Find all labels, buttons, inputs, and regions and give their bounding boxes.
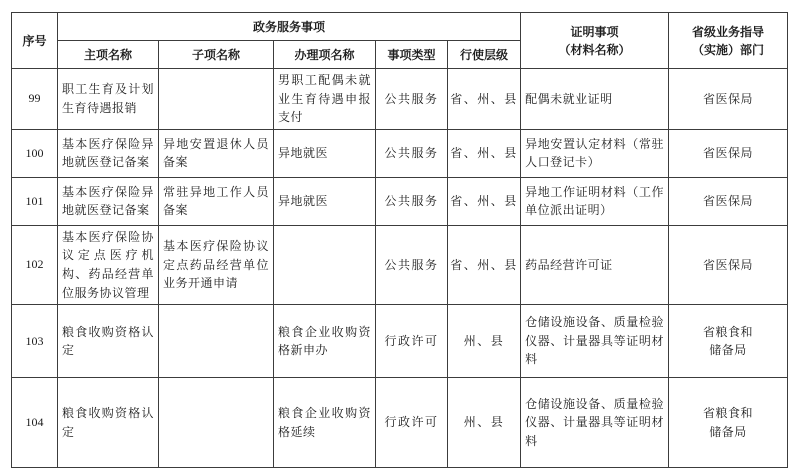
cell-handle-name: 粮食企业收购资格新申办: [274, 305, 376, 378]
cell-item-type: 公共服务: [376, 69, 448, 130]
cell-dept: 省粮食和 储备局: [669, 378, 788, 468]
cell-proof-item: 仓储设施设备、质量检验仪器、计量器具等证明材料: [521, 305, 669, 378]
header-exercise-level: 行使层级: [448, 41, 521, 69]
header-dept: 省级业务指导 （实施）部门: [669, 13, 788, 69]
cell-main-name: 粮食收购资格认定: [58, 305, 159, 378]
table-row: 99 职工生育及计划生育待遇报销 男职工配偶未就业生育待遇申报支付 公共服务 省…: [12, 69, 788, 130]
services-table: 序号 政务服务事项 证明事项 （材料名称） 省级业务指导 （实施）部门 主项名称…: [11, 12, 788, 468]
table-row: 104 粮食收购资格认定 粮食企业收购资格延续 行政许可 州、县 仓储设施设备、…: [12, 378, 788, 468]
cell-handle-name: 粮食企业收购资格延续: [274, 378, 376, 468]
cell-dept: 省医保局: [669, 225, 788, 304]
cell-exercise-level: 省、州、县: [448, 177, 521, 225]
header-main-name: 主项名称: [58, 41, 159, 69]
cell-main-name: 基本医疗保险协议定点医疗机构、药品经营单位服务协议管理: [58, 225, 159, 304]
cell-sub-name: 常驻异地工作人员备案: [159, 177, 274, 225]
table-row: 102 基本医疗保险协议定点医疗机构、药品经营单位服务协议管理 基本医疗保险协议…: [12, 225, 788, 304]
cell-serial: 99: [12, 69, 58, 130]
cell-serial: 100: [12, 129, 58, 177]
cell-item-type: 公共服务: [376, 225, 448, 304]
cell-exercise-level: 省、州、县: [448, 69, 521, 130]
cell-main-name: 基本医疗保险异地就医登记备案: [58, 129, 159, 177]
cell-handle-name: 异地就医: [274, 177, 376, 225]
cell-proof-item: 药品经营许可证: [521, 225, 669, 304]
cell-main-name: 职工生育及计划生育待遇报销: [58, 69, 159, 130]
cell-sub-name: 异地安置退休人员备案: [159, 129, 274, 177]
cell-dept: 省医保局: [669, 129, 788, 177]
cell-serial: 104: [12, 378, 58, 468]
table-row: 100 基本医疗保险异地就医登记备案 异地安置退休人员备案 异地就医 公共服务 …: [12, 129, 788, 177]
cell-handle-name: 男职工配偶未就业生育待遇申报支付: [274, 69, 376, 130]
cell-handle-name: [274, 225, 376, 304]
header-service-group: 政务服务事项: [58, 13, 521, 41]
cell-serial: 101: [12, 177, 58, 225]
cell-proof-item: 配偶未就业证明: [521, 69, 669, 130]
cell-sub-name: [159, 305, 274, 378]
cell-sub-name: [159, 378, 274, 468]
cell-exercise-level: 州、县: [448, 378, 521, 468]
header-sub-name: 子项名称: [159, 41, 274, 69]
cell-item-type: 行政许可: [376, 305, 448, 378]
cell-item-type: 行政许可: [376, 378, 448, 468]
cell-serial: 102: [12, 225, 58, 304]
header-handle-name: 办理项名称: [274, 41, 376, 69]
table-row: 103 粮食收购资格认定 粮食企业收购资格新申办 行政许可 州、县 仓储设施设备…: [12, 305, 788, 378]
cell-main-name: 粮食收购资格认定: [58, 378, 159, 468]
cell-proof-item: 仓储设施设备、质量检验仪器、计量器具等证明材料: [521, 378, 669, 468]
cell-dept: 省粮食和 储备局: [669, 305, 788, 378]
cell-proof-item: 异地安置认定材料（常驻人口登记卡）: [521, 129, 669, 177]
cell-sub-name: [159, 69, 274, 130]
cell-item-type: 公共服务: [376, 177, 448, 225]
cell-proof-item: 异地工作证明材料（工作单位派出证明）: [521, 177, 669, 225]
header-serial: 序号: [12, 13, 58, 69]
table-row: 101 基本医疗保险异地就医登记备案 常驻异地工作人员备案 异地就医 公共服务 …: [12, 177, 788, 225]
cell-dept: 省医保局: [669, 69, 788, 130]
cell-exercise-level: 州、县: [448, 305, 521, 378]
header-proof-item: 证明事项 （材料名称）: [521, 13, 669, 69]
cell-dept: 省医保局: [669, 177, 788, 225]
cell-main-name: 基本医疗保险异地就医登记备案: [58, 177, 159, 225]
cell-sub-name: 基本医疗保险协议定点药品经营单位业务开通申请: [159, 225, 274, 304]
cell-exercise-level: 省、州、县: [448, 129, 521, 177]
cell-exercise-level: 省、州、县: [448, 225, 521, 304]
cell-item-type: 公共服务: [376, 129, 448, 177]
header-row-1: 序号 政务服务事项 证明事项 （材料名称） 省级业务指导 （实施）部门: [12, 13, 788, 41]
header-item-type: 事项类型: [376, 41, 448, 69]
cell-handle-name: 异地就医: [274, 129, 376, 177]
cell-serial: 103: [12, 305, 58, 378]
